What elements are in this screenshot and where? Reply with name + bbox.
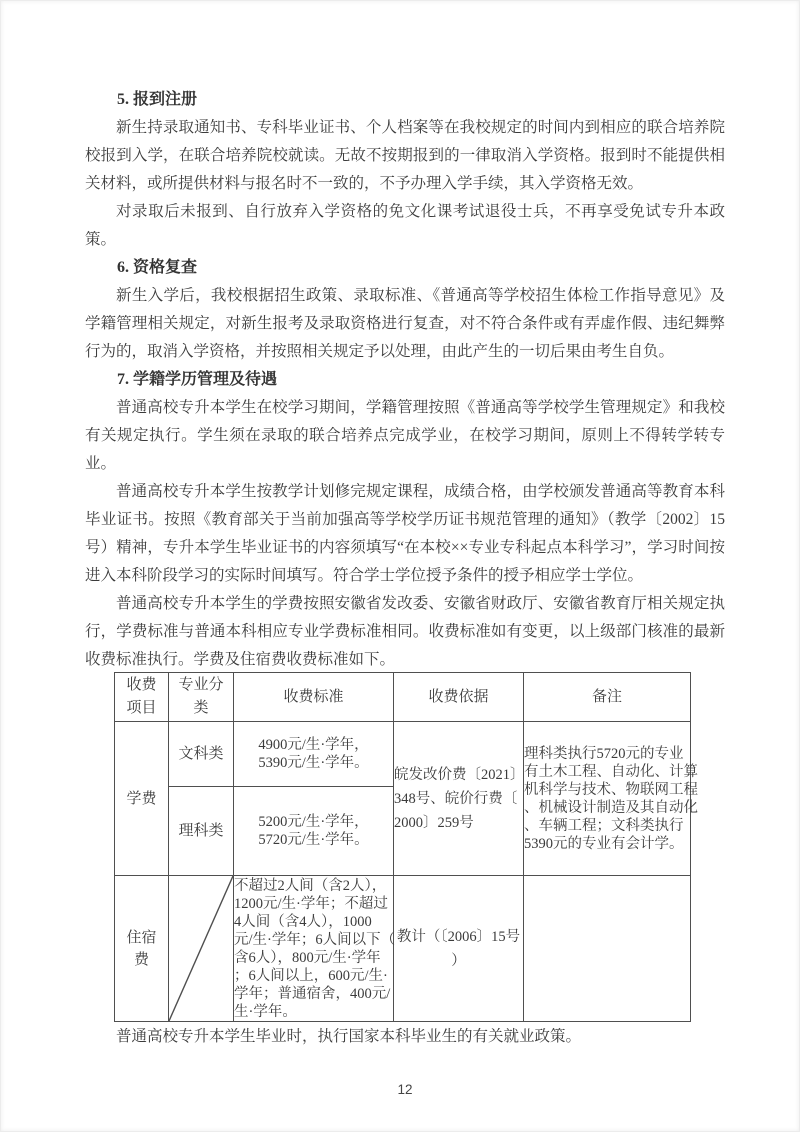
accommodation-note-cell (524, 876, 691, 1022)
paragraph: 新生入学后，我校根据招生政策、录取标准、《普通高等学校招生体检工作指导意见》及学… (85, 282, 725, 366)
paragraph: 普通高校专升本学生在校学习期间，学籍管理按照《普通高等学校学生管理规定》和我校有… (85, 394, 725, 478)
liberal-arts-standard-cell: 4900元/生·学年， 5390元/生·学年。 (234, 722, 394, 787)
header-cell-fee-standard: 收费标准 (234, 673, 394, 722)
closing-paragraph: 普通高校专升本学生毕业时，执行国家本科毕业生的有关就业政策。 (85, 1023, 725, 1051)
paragraph: 新生持录取通知书、专科毕业证书、个人档案等在我校规定的时间内到相应的联合培养院校… (85, 114, 725, 198)
page-number: 12 (85, 1082, 725, 1097)
science-standard-cell: 5200元/生·学年， 5720元/生·学年。 (234, 787, 394, 876)
science-category-cell: 理科类 (169, 787, 234, 876)
diagonal-slash-icon (169, 876, 233, 1021)
accommodation-category-cell (169, 876, 234, 1022)
fee-table-header-row: 收费 项目 专业分 类 收费标准 收费依据 备注 (115, 673, 691, 722)
accommodation-standard-cell: 不超过2人间（含2人）， 1200元/生·学年；不超过 4人间（含4人），100… (234, 876, 394, 1022)
accommodation-row: 住宿 费 不超过2人间（含2人）， 1200元/生·学年；不超过 4人间（含4人… (115, 876, 691, 1022)
tuition-note-cell: 理科类执行5720元的专业 有土木工程、自动化、计算 机科学与技术、物联网工程 … (524, 722, 691, 876)
accommodation-label-cell: 住宿 费 (115, 876, 169, 1022)
header-cell-fee-item: 收费 项目 (115, 673, 169, 722)
page-content: 5. 报到注册 新生持录取通知书、专科毕业证书、个人档案等在我校规定的时间内到相… (85, 86, 725, 1097)
header-cell-remarks: 备注 (524, 673, 691, 722)
section-heading-7: 7. 学籍学历管理及待遇 (85, 366, 725, 394)
header-cell-major-category: 专业分 类 (169, 673, 234, 722)
fee-table: 收费 项目 专业分 类 收费标准 收费依据 备注 学费 文科类 4900元/生·… (114, 672, 691, 1022)
document-page: 5. 报到注册 新生持录取通知书、专科毕业证书、个人档案等在我校规定的时间内到相… (0, 0, 800, 1132)
section-heading-6: 6. 资格复查 (85, 254, 725, 282)
liberal-arts-category-cell: 文科类 (169, 722, 234, 787)
section-heading-5: 5. 报到注册 (85, 86, 725, 114)
tuition-label-cell: 学费 (115, 722, 169, 876)
paragraph: 对录取后未报到、自行放弃入学资格的免文化课考试退役士兵，不再享受免试专升本政策。 (85, 198, 725, 254)
tuition-basis-cell: 皖发改价费〔2021〕 348号、皖价行费〔 2000〕259号 (394, 722, 524, 876)
paragraph: 普通高校专升本学生的学费按照安徽省发改委、安徽省财政厅、安徽省教育厅相关规定执行… (85, 590, 725, 674)
header-cell-fee-basis: 收费依据 (394, 673, 524, 722)
tuition-liberal-arts-row: 学费 文科类 4900元/生·学年， 5390元/生·学年。 皖发改价费〔202… (115, 722, 691, 787)
paragraph: 普通高校专升本学生按教学计划修完规定课程，成绩合格，由学校颁发普通高等教育本科毕… (85, 478, 725, 590)
accommodation-basis-cell: 教计（〔2006〕15号 ） (394, 876, 524, 1022)
